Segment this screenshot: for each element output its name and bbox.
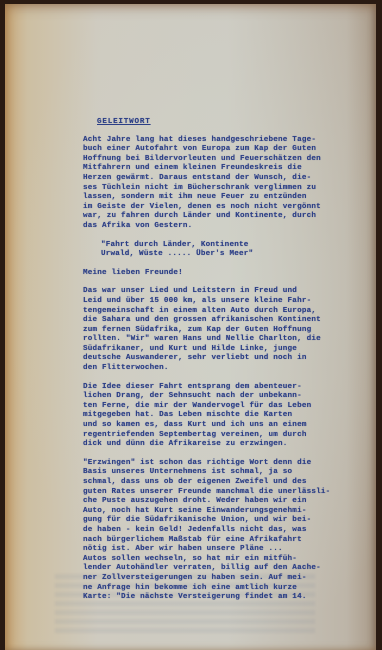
paragraph-erzwingen: "Erzwingen" ist schon das richtige Wort … (83, 459, 373, 603)
paragraph-journey: Das war unser Lied und Leitstern in Freu… (83, 287, 373, 373)
greeting: Meine lieben Freunde! (83, 269, 373, 279)
song-quote: "Fahrt durch Länder, Kontinente Urwald, … (101, 241, 373, 260)
paragraph-idea: Die Idee dieser Fahrt entsprang dem aben… (83, 383, 373, 450)
document-body: GELEITWORT Acht Jahre lang hat dieses ha… (83, 118, 373, 612)
paragraph-intro: Acht Jahre lang hat dieses handgeschrieb… (83, 136, 373, 232)
document-title: GELEITWORT (97, 118, 151, 128)
